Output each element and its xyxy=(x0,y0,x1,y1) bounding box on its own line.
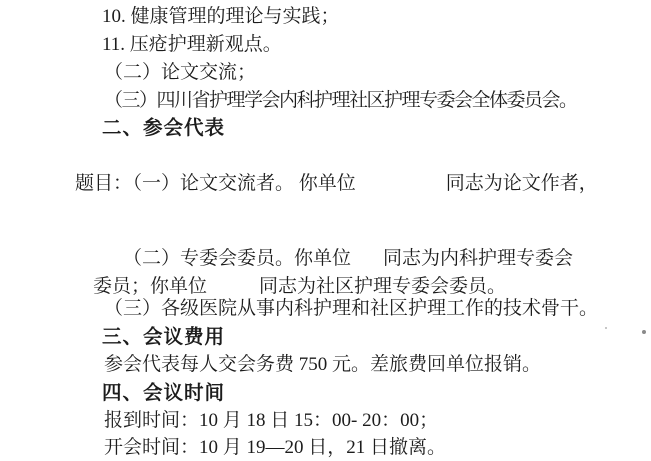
paren-item-committee-meeting: （三）四川省护理学会内科护理社区护理专委会全体委员会。 xyxy=(104,87,577,115)
paren-item-committee-members: （二）专委会委员。你单位同志为内科护理专委会 xyxy=(104,217,573,245)
numbered-item-10: 10. 健康管理的理论与实践； xyxy=(102,3,340,31)
scan-noise-speck xyxy=(642,330,646,334)
fee-details-line: 参会代表每人交会务费 750 元。差旅费回单位报销。 xyxy=(104,351,541,379)
registration-time-line: 报到时间：10 月 18 日 15：00- 20：00； xyxy=(104,407,438,435)
fill-in-blank-community-member xyxy=(207,291,259,292)
fill-in-blank-author-name xyxy=(356,188,446,189)
scan-noise-speck xyxy=(605,327,607,329)
section-heading-fees: 三、会议费用 xyxy=(102,323,225,351)
numbered-item-11: 11. 压疮护理新观点。 xyxy=(102,31,282,59)
section-heading-participants: 二、参会代表 xyxy=(102,114,225,142)
scanned-document-page: 10. 健康管理的理论与实践； 11. 压疮护理新观点。 （二）论文交流； （三… xyxy=(0,0,651,461)
committee-members-cont-text-before-blank: 委员；你单位 xyxy=(93,276,207,297)
paren-item-technical-backbone: （三）各级医院从事内科护理和社区护理工作的技术骨干。 xyxy=(104,295,598,323)
paren-item-paper-authors: （一）论文交流者。 你单位同志为论文作者， xyxy=(104,142,598,170)
meeting-time-line: 开会时间：10 月 19—20 日，21 日撤离。 xyxy=(104,434,446,461)
committee-members-cont-text-after-blank: 同志为社区护理专委会委员。 xyxy=(259,276,506,297)
paren-item-paper-exchange: （二）论文交流； xyxy=(104,59,256,87)
paper-title-label: 题目： xyxy=(75,170,132,198)
paper-authors-text-after-blank: 同志为论文作者， xyxy=(446,173,598,194)
committee-members-continuation-line: 委员；你单位同志为社区护理专委会委员。 xyxy=(74,245,506,273)
section-heading-meeting-time: 四、会议时间 xyxy=(102,379,225,407)
paper-authors-text-before-blank: （一）论文交流者。 你单位 xyxy=(123,173,356,194)
